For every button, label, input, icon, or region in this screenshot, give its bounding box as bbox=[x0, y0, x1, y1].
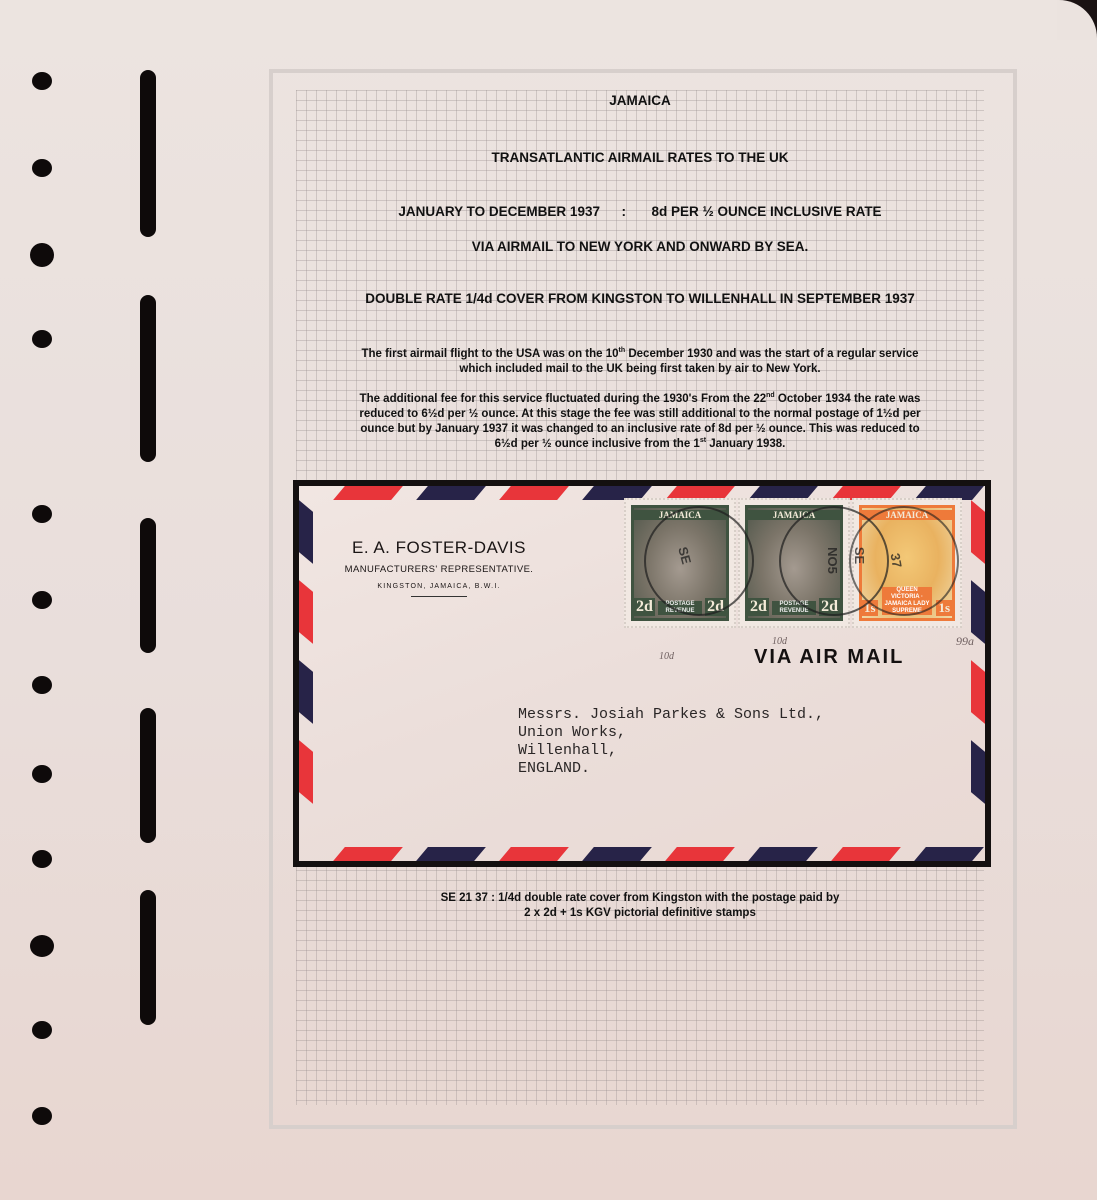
airmail-stripe bbox=[831, 847, 901, 861]
binder-hole-icon bbox=[32, 1021, 52, 1039]
binder-hole-icon bbox=[30, 243, 54, 267]
airmail-stripe bbox=[748, 847, 818, 861]
sender-role: MANUFACTURERS' REPRESENTATIVE. bbox=[329, 564, 549, 575]
binder-hole-icon bbox=[32, 505, 52, 523]
via-air-mail-label: VIA AIR MAIL bbox=[754, 646, 904, 669]
airmail-stripe bbox=[582, 847, 652, 861]
postmark-icon: SE bbox=[644, 506, 754, 616]
binder-slot-icon bbox=[140, 518, 156, 653]
binder-hole-icon bbox=[32, 676, 52, 694]
rate-separator: : bbox=[622, 204, 627, 219]
binder-slot-icon bbox=[140, 890, 156, 1025]
binder-hole-icon bbox=[32, 591, 52, 609]
rate-heading: JANUARY TO DECEMBER 1937 : 8d PER ½ OUNC… bbox=[296, 204, 984, 219]
pencil-note: 99a bbox=[956, 634, 974, 649]
airmail-stripe bbox=[499, 486, 569, 500]
recipient-address: Messrs. Josiah Parkes & Sons Ltd.,Union … bbox=[518, 706, 824, 778]
postmark-icon: 37 bbox=[849, 506, 959, 616]
airmail-stripe bbox=[416, 847, 486, 861]
sender-name: E. A. FOSTER-DAVIS bbox=[329, 538, 549, 558]
history-paragraph-2: The additional fee for this service fluc… bbox=[296, 392, 984, 452]
cover-caption: SE 21 37 : 1/4d double rate cover from K… bbox=[296, 891, 984, 921]
rate-text: 8d PER ½ OUNCE INCLUSIVE RATE bbox=[652, 204, 882, 219]
sender-imprint: E. A. FOSTER-DAVIS MANUFACTURERS' REPRES… bbox=[329, 538, 549, 597]
binder-slot-icon bbox=[140, 295, 156, 462]
binder-hole-icon bbox=[32, 850, 52, 868]
airmail-stripe bbox=[665, 847, 735, 861]
binder-hole-icon bbox=[32, 765, 52, 783]
airmail-stripe bbox=[971, 740, 985, 804]
pencil-note: 10d bbox=[772, 636, 787, 647]
binder-hole-icon bbox=[32, 72, 52, 90]
binder-hole-icon bbox=[30, 935, 54, 957]
airmail-stripe bbox=[299, 500, 313, 564]
airmail-stripe bbox=[971, 500, 985, 564]
rate-period: JANUARY TO DECEMBER 1937 bbox=[398, 204, 600, 219]
binder-hole-icon bbox=[32, 159, 52, 177]
country-heading: JAMAICA bbox=[296, 93, 984, 108]
airmail-stripe bbox=[333, 486, 403, 500]
binder-slot-icon bbox=[140, 70, 156, 237]
binder-slot-icon bbox=[140, 708, 156, 843]
route-heading: VIA AIRMAIL TO NEW YORK AND ONWARD BY SE… bbox=[296, 239, 984, 254]
binder-hole-icon bbox=[32, 330, 52, 348]
airmail-stripe bbox=[416, 486, 486, 500]
subject-heading: TRANSATLANTIC AIRMAIL RATES TO THE UK bbox=[296, 150, 984, 165]
airmail-stripe bbox=[971, 660, 985, 724]
airmail-stripe bbox=[299, 660, 313, 724]
envelope: E. A. FOSTER-DAVIS MANUFACTURERS' REPRES… bbox=[299, 486, 985, 861]
item-heading: DOUBLE RATE 1/4d COVER FROM KINGSTON TO … bbox=[296, 291, 984, 306]
history-paragraph-1: The first airmail flight to the USA was … bbox=[296, 347, 984, 377]
binder-hole-icon bbox=[32, 1107, 52, 1125]
airmail-stripe bbox=[499, 847, 569, 861]
sender-place: KINGSTON, JAMAICA, B.W.I. bbox=[329, 583, 549, 590]
pencil-note: 10d bbox=[659, 651, 674, 662]
airmail-stripe bbox=[299, 740, 313, 804]
airmail-stripe bbox=[914, 847, 984, 861]
sender-rule bbox=[411, 596, 467, 597]
airmail-stripe bbox=[333, 847, 403, 861]
airmail-cover: E. A. FOSTER-DAVIS MANUFACTURERS' REPRES… bbox=[293, 480, 991, 867]
airmail-stripe bbox=[299, 580, 313, 644]
